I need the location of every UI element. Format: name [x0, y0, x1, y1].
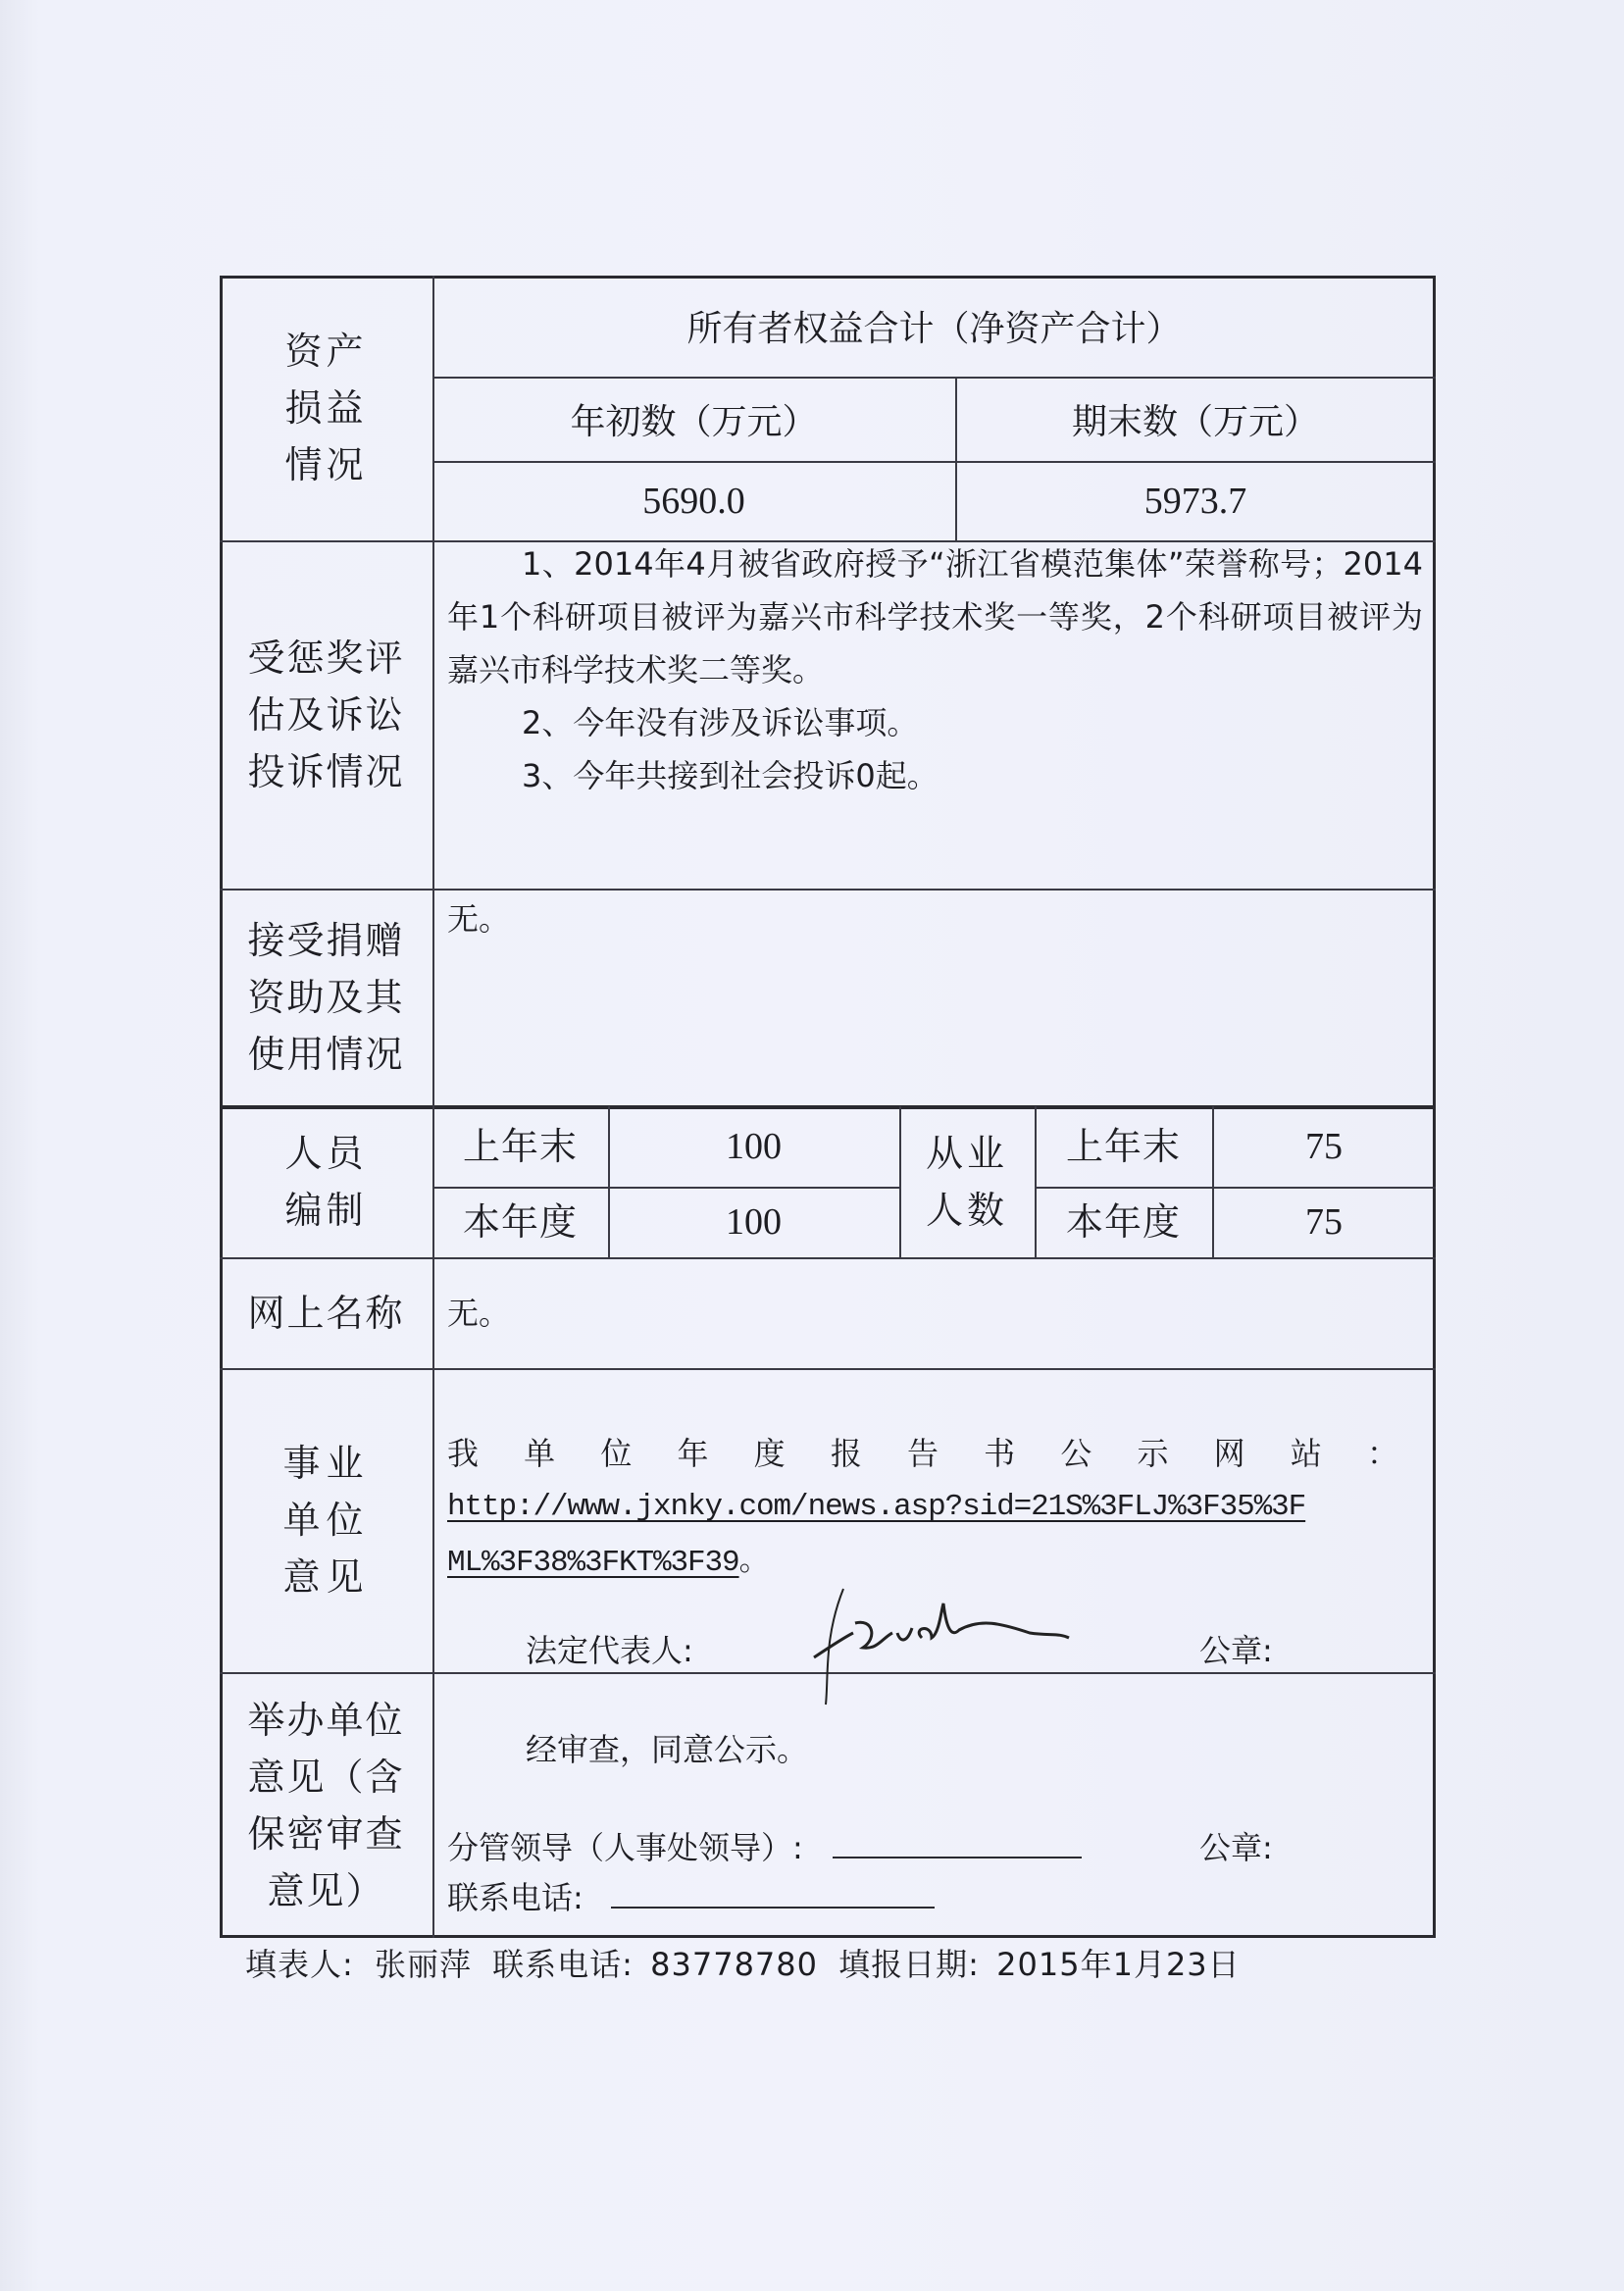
- donations-section-label: 接受捐赠 资助及其 使用情况: [220, 889, 432, 1106]
- url-suffix: 。: [739, 1543, 769, 1578]
- label-line: 意见（含: [247, 1749, 404, 1806]
- end-period-value: 5973.7: [955, 461, 1436, 540]
- footer-phone: 83778780: [650, 1946, 818, 1983]
- label-line: 接受捐赠: [247, 912, 404, 969]
- employees-current-label: 本年度: [1035, 1187, 1212, 1257]
- equity-total-header: 所有者权益合计（净资产合计）: [432, 276, 1436, 377]
- award-item: 1、2014年4月被省政府授予“浙江省模范集体”荣誉称号；2014年1个科研项目…: [447, 537, 1423, 696]
- label-line: 损益: [284, 380, 367, 436]
- staffing-prev-label: 上年末: [432, 1106, 608, 1187]
- employees-label: 从业 人数: [899, 1106, 1035, 1257]
- form-footer: 填表人: 张丽萍 联系电话: 83778780 填报日期: 2015年1月23日: [245, 1940, 1241, 1985]
- label-line: 资助及其: [247, 969, 404, 1026]
- label-line: 意见: [282, 1549, 369, 1605]
- staffing-section-label: 人员 编制: [220, 1106, 432, 1257]
- report-url-line1[interactable]: http://www.jxnky.com/news.asp?sid=21S%3F…: [447, 1490, 1305, 1524]
- award-item: 3、今年共接到社会投诉0起。: [447, 749, 1423, 802]
- sponsor-phone-label: 联系电话:: [447, 1879, 584, 1916]
- filler-name: 张丽萍: [375, 1946, 472, 1983]
- unit-seal-label: 公章:: [1199, 1624, 1273, 1677]
- begin-year-value: 5690.0: [432, 461, 955, 540]
- label-line: 意见）: [267, 1862, 384, 1919]
- signature-icon: [785, 1579, 1138, 1706]
- report-url-line2[interactable]: ML%3F38%3FKT%3F39: [447, 1546, 739, 1580]
- leader-label: 分管领导（人事处领导）:: [447, 1829, 803, 1866]
- employees-current-value: 75: [1212, 1187, 1436, 1257]
- legal-rep-label: 法定代表人:: [526, 1624, 693, 1677]
- staffing-current-label: 本年度: [432, 1187, 608, 1257]
- label-line: 举办单位: [247, 1692, 404, 1749]
- staffing-prev-value: 100: [608, 1106, 899, 1187]
- filler-label: 填表人:: [245, 1946, 354, 1983]
- label-line: 人数: [926, 1182, 1008, 1239]
- begin-year-header: 年初数（万元）: [432, 377, 955, 461]
- label-line: 资产: [284, 323, 367, 380]
- label-line: 估及诉讼: [247, 687, 404, 743]
- staffing-current-value: 100: [608, 1187, 899, 1257]
- sponsor-opinion-text: 经审查，同意公示。: [526, 1723, 808, 1776]
- assets-section-label: 资产 损益 情况: [220, 276, 432, 540]
- label-line: 保密审查: [247, 1806, 404, 1862]
- end-period-header: 期末数（万元）: [955, 377, 1436, 461]
- label-line: 使用情况: [247, 1026, 404, 1083]
- award-item: 2、今年没有涉及诉讼事项。: [447, 696, 1423, 749]
- unit-opinion-label: 事业 单位 意见: [220, 1368, 432, 1672]
- employees-prev-label: 上年末: [1035, 1106, 1212, 1187]
- employees-prev-value: 75: [1212, 1106, 1436, 1187]
- label-line: 单位: [282, 1492, 369, 1549]
- awards-section-label: 受惩奖评 估及诉讼 投诉情况: [220, 540, 432, 889]
- label-line: 情况: [284, 436, 367, 493]
- donations-value: 无。: [447, 892, 510, 945]
- sponsor-seal-label: 公章:: [1199, 1821, 1273, 1874]
- sponsor-opinion-label: 举办单位 意见（含 保密审查 意见）: [220, 1672, 432, 1938]
- online-name-value: 无。: [447, 1287, 510, 1340]
- online-name-label: 网上名称: [220, 1257, 432, 1368]
- label-line: 从业: [926, 1125, 1008, 1182]
- date-label: 填报日期:: [838, 1946, 980, 1983]
- awards-content: 1、2014年4月被省政府授予“浙江省模范集体”荣誉称号；2014年1个科研项目…: [447, 537, 1423, 802]
- label-line: 事业: [282, 1435, 369, 1492]
- label-line: 编制: [284, 1182, 367, 1239]
- leader-signature-line: 分管领导（人事处领导）:: [447, 1821, 1082, 1874]
- sponsor-phone-line: 联系电话:: [447, 1871, 935, 1924]
- label-line: 投诉情况: [247, 743, 404, 800]
- report-url[interactable]: http://www.jxnky.com/news.asp?sid=21S%3F…: [447, 1481, 1305, 1590]
- label-line: 受惩奖评: [247, 630, 404, 687]
- leader-signature-field[interactable]: [833, 1827, 1082, 1858]
- unit-opinion-intro: 我单位年度报告书公示网站：: [447, 1427, 1400, 1480]
- label-line: 人员: [284, 1125, 367, 1182]
- sponsor-phone-field[interactable]: [611, 1873, 935, 1909]
- report-date: 2015年1月23日: [996, 1946, 1241, 1983]
- footer-phone-label: 联系电话:: [492, 1946, 634, 1983]
